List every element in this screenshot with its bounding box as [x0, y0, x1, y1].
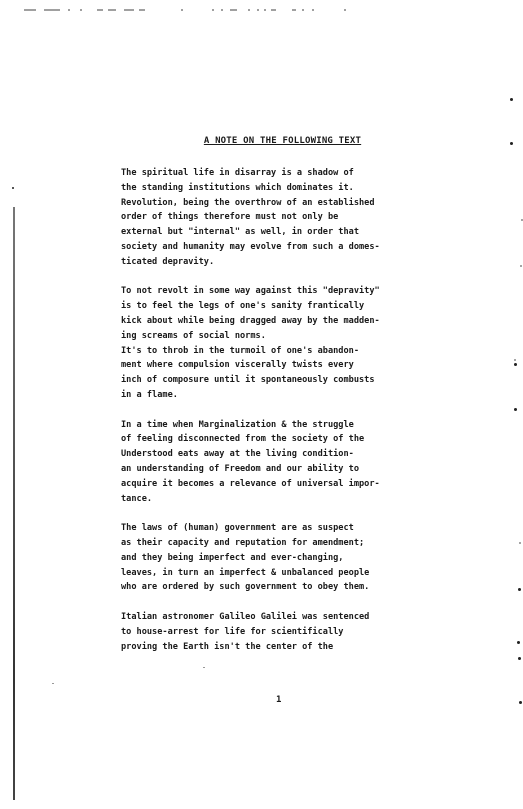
text-line: Revolution, being the overthrow of an es… — [121, 196, 441, 211]
paragraph: The laws of (human) government are as su… — [121, 521, 441, 595]
margin-speck — [520, 265, 522, 267]
text-line: to house-arrest for life for scientifica… — [121, 625, 441, 640]
left-margin-rule — [13, 207, 15, 800]
margin-speck — [519, 542, 521, 544]
text-line: external but "internal" as well, in orde… — [121, 225, 441, 240]
stray-mark — [52, 683, 54, 684]
text-line: in a flame. — [121, 388, 441, 403]
text-line: proving the Earth isn't the center of th… — [121, 640, 441, 655]
margin-speck — [510, 98, 513, 101]
text-line: The laws of (human) government are as su… — [121, 521, 441, 536]
text-line: Understood eats away at the living condi… — [121, 447, 441, 462]
margin-speck — [518, 657, 521, 660]
margin-speck — [517, 641, 520, 644]
margin-speck — [514, 408, 517, 411]
title-text: A NOTE ON THE FOLLOWING TEXT — [162, 136, 361, 146]
document-body: The spiritual life in disarray is a shad… — [121, 166, 441, 669]
text-line: It's to throb in the turmoil of one's ab… — [121, 344, 441, 359]
text-line: and they being imperfect and ever-changi… — [121, 551, 441, 566]
text-line: an understanding of Freedom and our abil… — [121, 462, 441, 477]
paragraph: In a time when Marginalization & the str… — [121, 418, 441, 507]
text-line: kick about while being dragged away by t… — [121, 314, 441, 329]
text-line: is to feel the legs of one's sanity fran… — [121, 299, 441, 314]
text-line: acquire it becomes a relevance of univer… — [121, 477, 441, 492]
margin-speck — [12, 187, 14, 189]
header-scan-artifacts — [24, 9, 354, 13]
paragraph: To not revolt in some way against this "… — [121, 284, 441, 402]
margin-speck — [514, 359, 516, 361]
text-line: Italian astronomer Galileo Galilei was s… — [121, 610, 441, 625]
document-title: A NOTE ON THE FOLLOWING TEXT — [0, 136, 523, 146]
text-line: the standing institutions which dominate… — [121, 181, 441, 196]
paragraph: The spiritual life in disarray is a shad… — [121, 166, 441, 270]
text-line: inch of composure until it spontaneously… — [121, 373, 441, 388]
margin-speck — [514, 363, 517, 366]
text-line: leaves, in turn an imperfect & unbalance… — [121, 566, 441, 581]
page-number: 1 — [276, 695, 281, 705]
text-line: ticated depravity. — [121, 255, 441, 270]
text-line: order of things therefore must not only … — [121, 210, 441, 225]
text-line: of feeling disconnected from the society… — [121, 432, 441, 447]
margin-speck — [518, 588, 521, 591]
paragraph: Italian astronomer Galileo Galilei was s… — [121, 610, 441, 654]
text-line: In a time when Marginalization & the str… — [121, 418, 441, 433]
text-line: The spiritual life in disarray is a shad… — [121, 166, 441, 181]
text-line: who are ordered by such government to ob… — [121, 580, 441, 595]
text-line: tance. — [121, 492, 441, 507]
text-line: society and humanity may evolve from suc… — [121, 240, 441, 255]
text-line: To not revolt in some way against this "… — [121, 284, 441, 299]
margin-speck — [519, 701, 522, 704]
text-line: ing screams of social norms. — [121, 329, 441, 344]
text-line: ment where compulsion viscerally twists … — [121, 358, 441, 373]
text-line: as their capacity and reputation for ame… — [121, 536, 441, 551]
